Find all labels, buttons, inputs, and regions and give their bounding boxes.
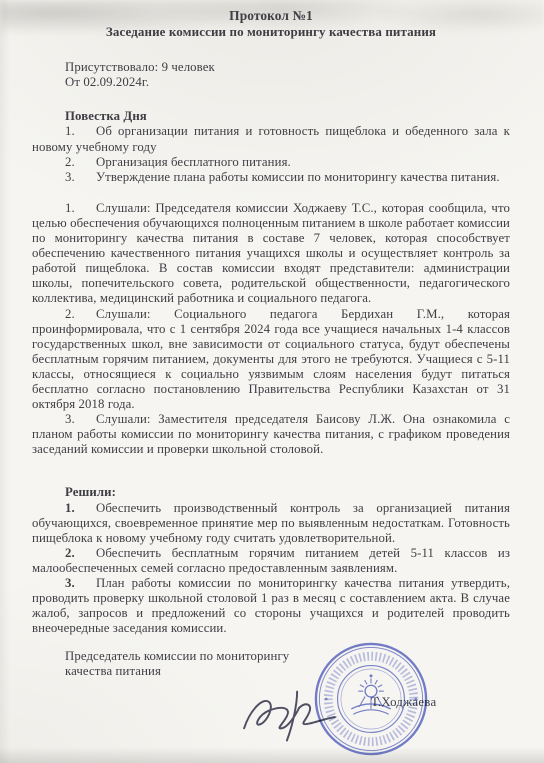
agenda-item: 2.Организация бесплатного питания. — [32, 155, 510, 170]
scan-shadow-left — [0, 0, 10, 763]
list-number: 3. — [65, 170, 96, 185]
state-emblem-icon — [312, 640, 430, 758]
heard-paragraph-text: Слушали: Председателя комиссии Ходжаеву … — [32, 201, 510, 306]
heard-paragraph: 3.Слушали: Заместителя председателя Баис… — [32, 412, 510, 457]
agenda-item-text: Утверждение плана работы комиссии по мон… — [96, 170, 500, 184]
list-number: 3. — [65, 576, 96, 591]
heard-paragraph: 1.Слушали: Председателя комиссии Ходжаев… — [32, 201, 510, 307]
decision-item-text: Обеспечить производственный контроль за … — [32, 501, 510, 545]
meta-block: Присутствовало: 9 человек От 02.09.2024г… — [65, 60, 510, 90]
agenda-item-text: Об организации питания и готовность пище… — [32, 124, 510, 153]
list-number: 2. — [65, 546, 96, 561]
signer-role-line2: качества питания — [65, 664, 510, 679]
document-body: Протокол №1 Заседание комиссии по монито… — [32, 6, 510, 680]
agenda-heading: Повестка Дня — [65, 109, 510, 124]
heard-section: 1.Слушали: Председателя комиссии Ходжаев… — [32, 201, 510, 458]
decisions-section: Решили: 1.Обеспечить производственный ко… — [32, 485, 510, 636]
heard-paragraph: 2.Слушали: Социального педагога Бердихан… — [32, 307, 510, 413]
list-number: 2. — [65, 155, 96, 170]
decision-item: 3.План работы комиссии по мониторингку к… — [32, 576, 510, 636]
list-number: 3. — [65, 412, 96, 427]
agenda-section: Повестка Дня 1.Об организации питания и … — [32, 109, 510, 184]
list-number: 2. — [65, 307, 96, 322]
heard-paragraph-text: Слушали: Социального педагога Бердихан Г… — [32, 307, 510, 412]
signer-role-line1: Председатель комиссии по мониторингу — [65, 649, 510, 664]
list-number: 1. — [65, 201, 96, 216]
agenda-item-text: Организация бесплатного питания. — [96, 155, 291, 169]
heard-paragraph-text: Слушали: Заместителя председателя Баисов… — [32, 412, 510, 456]
agenda-item: 3.Утверждение плана работы комиссии по м… — [32, 170, 510, 185]
decision-item: 2.Обеспечить бесплатным горячим питанием… — [32, 546, 510, 576]
document-title: Протокол №1 — [32, 8, 510, 23]
agenda-item: 1.Об организации питания и готовность пи… — [32, 124, 510, 154]
attendance-line: Присутствовало: 9 человек — [65, 60, 510, 75]
decision-item: 1.Обеспечить производственный контроль з… — [32, 501, 510, 546]
scan-shadow-bottom — [0, 747, 544, 763]
decision-item-text: План работы комиссии по мониторингку кач… — [32, 576, 510, 635]
official-stamp — [312, 640, 430, 758]
decision-item-text: Обеспечить бесплатным горячим питанием д… — [32, 546, 510, 575]
date-line: От 02.09.2024г. — [65, 75, 510, 90]
decisions-heading: Решили: — [65, 485, 510, 500]
signature-block: Председатель комиссии по мониторингу кач… — [65, 649, 510, 679]
document-subtitle: Заседание комиссии по мониторингу качест… — [32, 24, 510, 39]
scanned-protocol-page: Протокол №1 Заседание комиссии по монито… — [0, 0, 544, 763]
list-number: 1. — [65, 124, 96, 139]
list-number: 1. — [65, 501, 96, 516]
